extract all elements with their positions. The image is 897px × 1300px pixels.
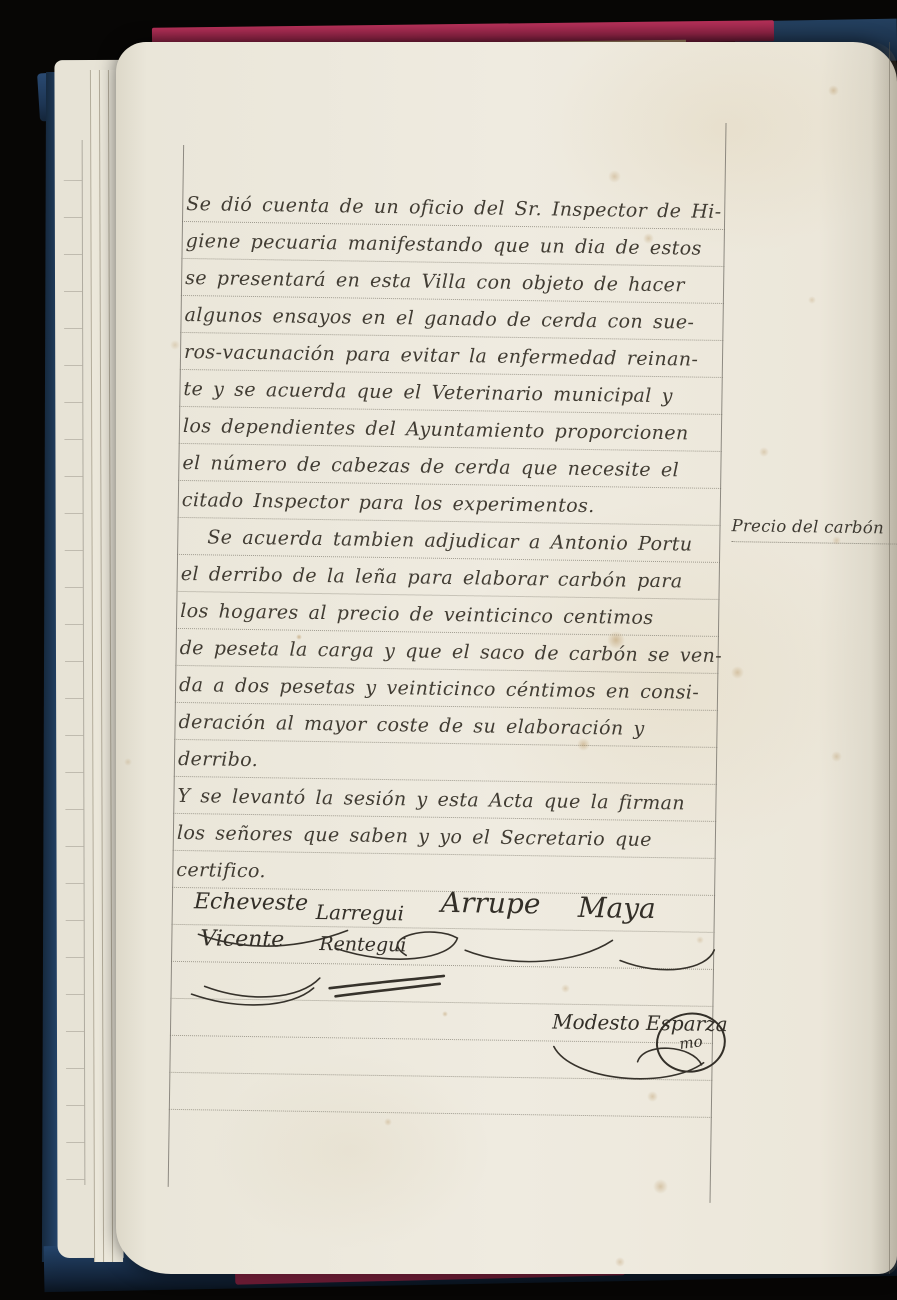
- manuscript-text-line: los hogares al precio de veinticinco cen…: [180, 600, 725, 642]
- margin-note: Precio del carbón: [731, 516, 897, 544]
- ruled-line: [171, 961, 714, 970]
- manuscript-text-line: da a dos pesetas y veinticinco céntimos …: [179, 674, 724, 716]
- manuscript-text-line: ros-vacunación para evitar la enfermedad…: [184, 341, 729, 383]
- manuscript-text-line: Y se levantó la sesión y esta Acta que l…: [177, 785, 722, 827]
- ruled-line: [170, 1035, 713, 1044]
- manuscript-page: Precio del carbón Echeveste Larregui Arr…: [116, 42, 897, 1274]
- manuscript-text-line: el número de cabezas de cerda que necesi…: [182, 452, 727, 494]
- manuscript-text-line: los dependientes del Ayuntamiento propor…: [183, 415, 728, 457]
- ruled-line: [169, 1109, 712, 1118]
- manuscript-text-line: te y se acuerda que el Veterinario munic…: [183, 378, 728, 420]
- manuscript-text-line: deración al mayor coste de su elaboració…: [178, 711, 723, 753]
- secretary-rubric-initials: mo: [678, 1032, 703, 1053]
- ruled-line: [170, 998, 713, 1007]
- manuscript-text-line: giene pecuaria manifestando que un dia d…: [185, 230, 730, 272]
- book-scan: Precio del carbón Echeveste Larregui Arr…: [0, 0, 897, 1300]
- underlying-page-ruling: [64, 180, 85, 1180]
- ruled-line: [169, 1072, 712, 1081]
- signature-rentegui: Rentegui: [319, 933, 406, 956]
- manuscript-text-line: se presentará en esta Villa con objeto d…: [185, 267, 730, 309]
- manuscript-text-line: algunos ensayos en el ganado de cerda co…: [184, 304, 729, 346]
- manuscript-text-line: Se acuerda tambien adjudicar a Antonio P…: [207, 526, 752, 568]
- signature-larregui: Larregui: [316, 900, 405, 925]
- manuscript-text-line: de peseta la carga y que el saco de carb…: [179, 637, 724, 679]
- signature-vicente: Vicente: [200, 926, 284, 952]
- manuscript-text-line: citado Inspector para los experimentos.: [182, 489, 727, 531]
- manuscript-text-line: Se dió cuenta de un oficio del Sr. Inspe…: [186, 193, 731, 235]
- writing-layer: Precio del carbón Echeveste Larregui Arr…: [100, 41, 897, 1284]
- manuscript-text-line: el derribo de la leña para elaborar carb…: [180, 563, 725, 605]
- manuscript-text-line: derribo.: [178, 748, 723, 790]
- manuscript-text-line: los señores que saben y yo el Secretario…: [177, 822, 722, 864]
